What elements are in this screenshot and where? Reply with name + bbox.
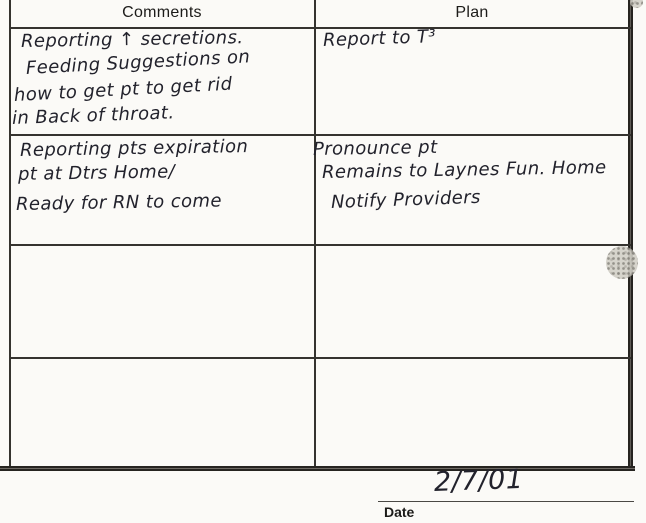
handwritten-comment-line: Ready for RN to come: [16, 190, 222, 215]
handwritten-comment-line: pt at Dtrs Home/: [18, 161, 175, 185]
table-right-border: [628, 0, 633, 469]
handwritten-comment-line: in Back of throat.: [12, 102, 175, 129]
scan-speckle-top-right: [630, 0, 643, 8]
row3-divider: [9, 357, 631, 359]
handwritten-comment-line: how to get pt to get rid: [13, 74, 232, 106]
date-value-handwritten: 2/7/01: [433, 464, 523, 498]
handwritten-plan-line: Pronounce pt: [313, 137, 438, 160]
table-bottom-border: [0, 466, 635, 471]
handwritten-plan-line: Notify Providers: [331, 187, 482, 213]
scan-smudge-seal: [606, 246, 638, 279]
date-label: Date: [384, 504, 414, 520]
table-left-border: [9, 0, 11, 469]
row2-divider: [9, 244, 631, 246]
row1-divider: [9, 134, 631, 136]
plan-column-header: Plan: [316, 4, 628, 22]
table-column-divider: [314, 0, 316, 469]
handwritten-plan-line: Remains to Laynes Fun. Home: [322, 157, 607, 183]
comments-column-header: Comments: [10, 4, 314, 22]
handwritten-comment-line: Reporting pts expiration: [20, 136, 249, 161]
scanned-form-page: Comments Plan Reporting ↑ secretions. Fe…: [0, 0, 646, 523]
date-signature-line: [378, 501, 634, 502]
handwritten-plan-line: Report to T³: [323, 26, 437, 51]
